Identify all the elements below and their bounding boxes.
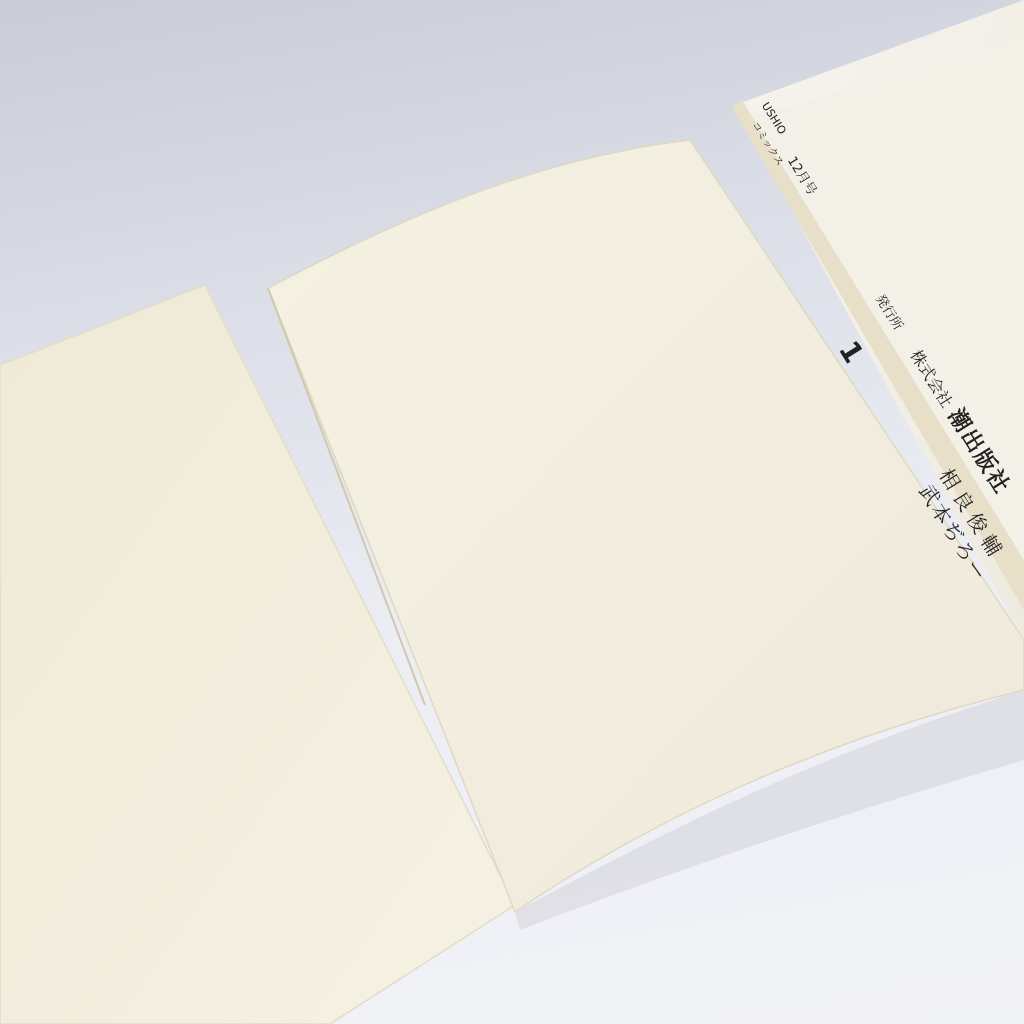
book-illustration [0, 0, 1024, 1024]
photo-scene: USHIO コミックス 12月号 発行所 1 株式会社 潮出版社 相良俊輔 武本… [0, 0, 1024, 1024]
